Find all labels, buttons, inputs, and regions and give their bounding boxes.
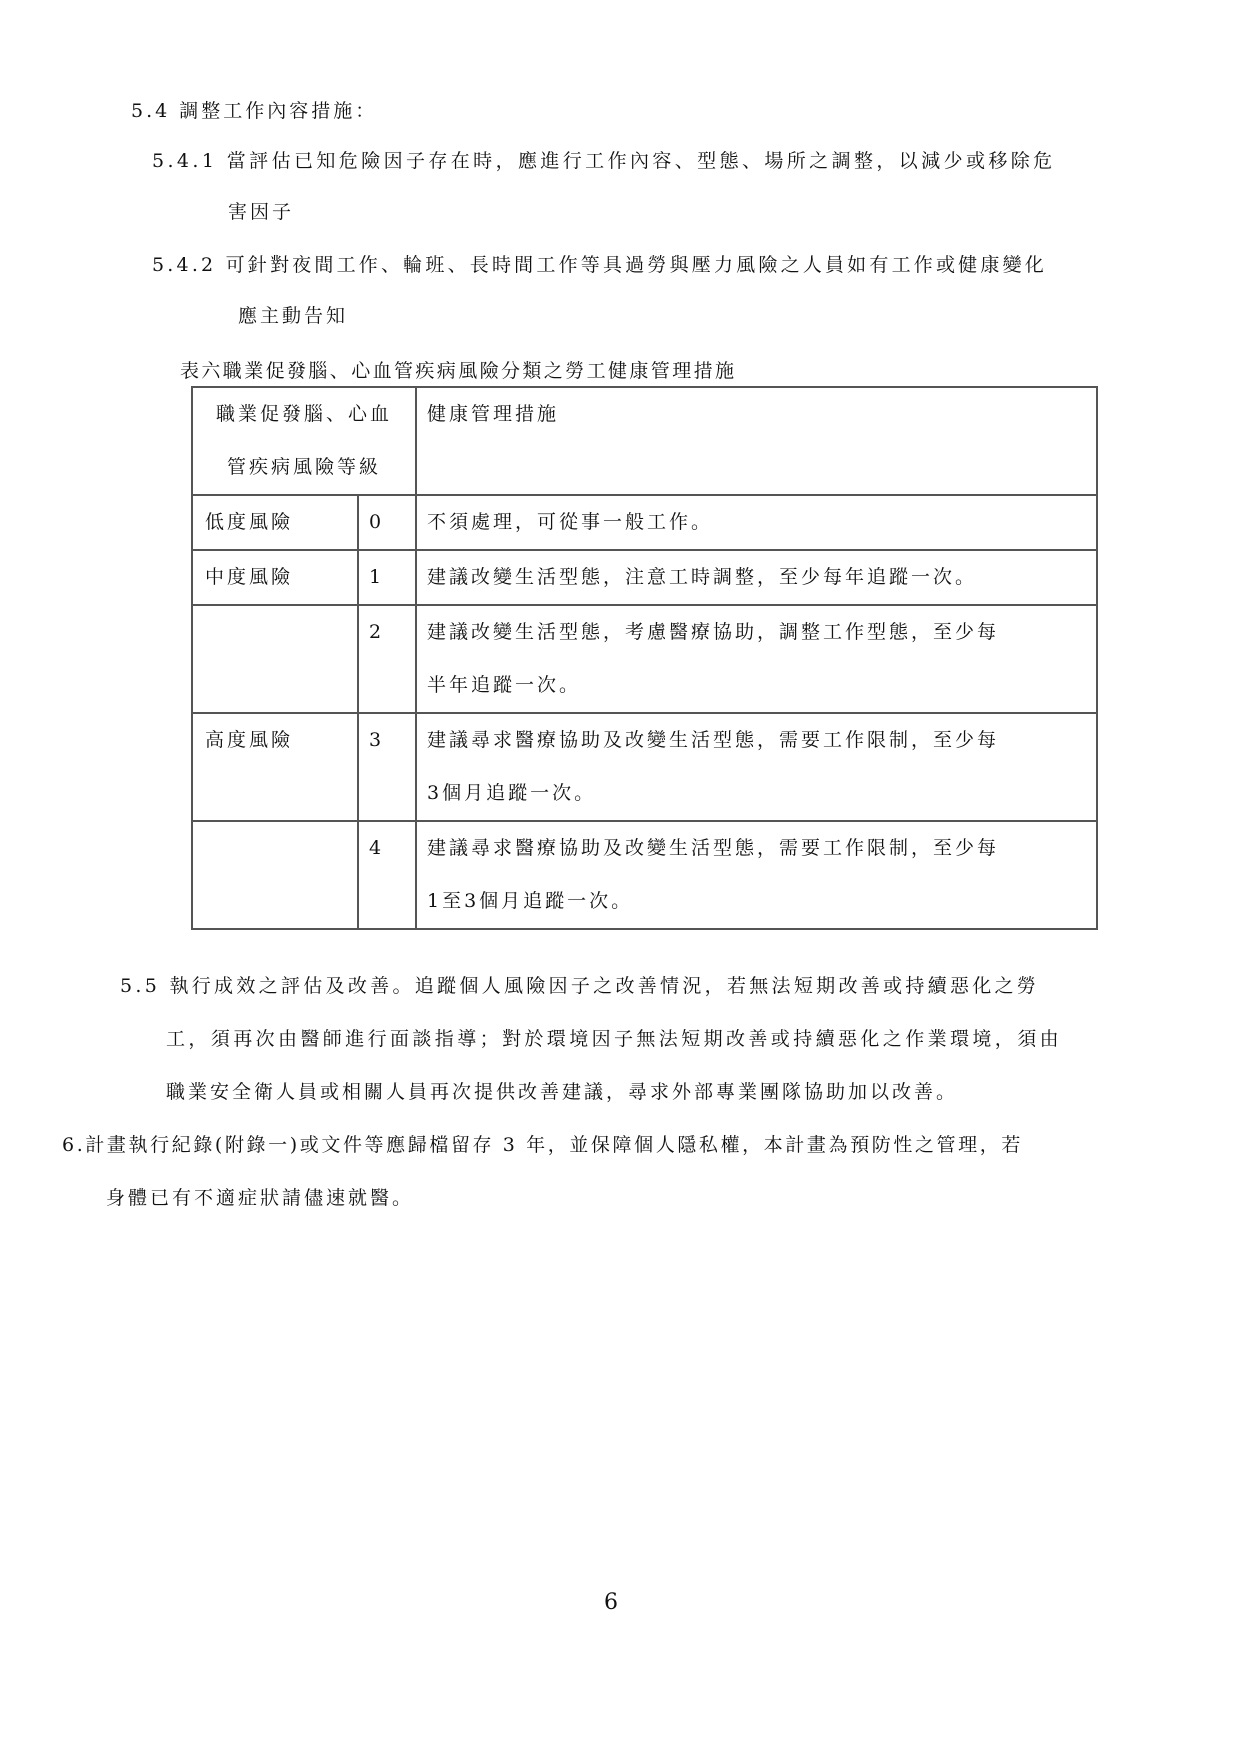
table-caption: 表六職業促發腦、心血管疾病風險分類之勞工健康管理措施 [180, 356, 736, 383]
section-6-line2: 身體已有不適症狀請儘速就醫。 [106, 1186, 414, 1210]
risk-category: 高度風險 [192, 713, 358, 821]
risk-measure: 建議尋求醫療協助及改變生活型態，需要工作限制，至少每 1至3個月追蹤一次。 [416, 821, 1097, 929]
table-row: 2 建議改變生活型態，考慮醫療協助，調整工作型態，至少每 半年追蹤一次。 [192, 605, 1097, 713]
table-row: 4 建議尋求醫療協助及改變生活型態，需要工作限制，至少每 1至3個月追蹤一次。 [192, 821, 1097, 929]
risk-management-table: 職業促發腦、心血 管疾病風險等級 健康管理措施 低度風險 0 不須處理，可從事一… [191, 386, 1098, 930]
risk-score: 3 [358, 713, 416, 821]
header-measures: 健康管理措施 [416, 387, 1097, 495]
risk-category [192, 605, 358, 713]
measure-line2: 3個月追蹤一次。 [427, 767, 1096, 820]
section-5-4-title: 5.4 調整工作內容措施： [131, 99, 377, 123]
risk-category: 低度風險 [192, 495, 358, 550]
section-5-4-2-line2: 應主動告知 [238, 304, 348, 328]
risk-score: 1 [358, 550, 416, 605]
risk-score: 4 [358, 821, 416, 929]
section-5-5-line2: 工，須再次由醫師進行面談指導；對於環境因子無法短期改善或持續惡化之作業環境，須由 [166, 1027, 1062, 1051]
measure-line2: 1至3個月追蹤一次。 [427, 875, 1096, 928]
risk-measure: 不須處理，可從事一般工作。 [416, 495, 1097, 550]
header-risk-level: 職業促發腦、心血 管疾病風險等級 [192, 387, 416, 495]
section-5-5-line3: 職業安全衛人員或相關人員再次提供改善建議，尋求外部專業團隊協助加以改善。 [166, 1080, 958, 1104]
measure-line1: 建議尋求醫療協助及改變生活型態，需要工作限制，至少每 [427, 714, 1096, 767]
risk-category [192, 821, 358, 929]
risk-category: 中度風險 [192, 550, 358, 605]
table-row: 低度風險 0 不須處理，可從事一般工作。 [192, 495, 1097, 550]
measure-line1: 建議改變生活型態，考慮醫療協助，調整工作型態，至少每 [427, 606, 1096, 659]
section-5-5-line1: 5.5 執行成效之評估及改善。追蹤個人風險因子之改善情況，若無法短期改善或持續惡… [120, 974, 1039, 998]
risk-measure: 建議尋求醫療協助及改變生活型態，需要工作限制，至少每 3個月追蹤一次。 [416, 713, 1097, 821]
risk-score: 0 [358, 495, 416, 550]
measure-line1: 建議改變生活型態，注意工時調整，至少每年追蹤一次。 [427, 551, 1096, 604]
table-header-row: 職業促發腦、心血 管疾病風險等級 健康管理措施 [192, 387, 1097, 495]
risk-measure: 建議改變生活型態，考慮醫療協助，調整工作型態，至少每 半年追蹤一次。 [416, 605, 1097, 713]
section-5-4-2-line1: 5.4.2 可針對夜間工作、輪班、長時間工作等具過勞與壓力風險之人員如有工作或健… [152, 253, 1047, 277]
section-6-line1: 6.計畫執行紀錄(附錄一)或文件等應歸檔留存 3 年，並保障個人隱私權，本計畫為… [62, 1133, 1023, 1157]
page-number: 6 [604, 1590, 618, 1615]
section-5-4-1-line2: 害因子 [228, 200, 294, 224]
measure-line1: 建議尋求醫療協助及改變生活型態，需要工作限制，至少每 [427, 822, 1096, 875]
risk-measure: 建議改變生活型態，注意工時調整，至少每年追蹤一次。 [416, 550, 1097, 605]
section-5-4-1-line1: 5.4.1 當評估已知危險因子存在時，應進行工作內容、型態、場所之調整，以減少或… [152, 149, 1056, 173]
table-row: 高度風險 3 建議尋求醫療協助及改變生活型態，需要工作限制，至少每 3個月追蹤一… [192, 713, 1097, 821]
risk-score: 2 [358, 605, 416, 713]
measure-line1: 不須處理，可從事一般工作。 [427, 496, 1096, 549]
header-risk-level-line2: 管疾病風險等級 [193, 441, 415, 494]
table-row: 中度風險 1 建議改變生活型態，注意工時調整，至少每年追蹤一次。 [192, 550, 1097, 605]
header-risk-level-line1: 職業促發腦、心血 [193, 388, 415, 441]
measure-line2: 半年追蹤一次。 [427, 659, 1096, 712]
